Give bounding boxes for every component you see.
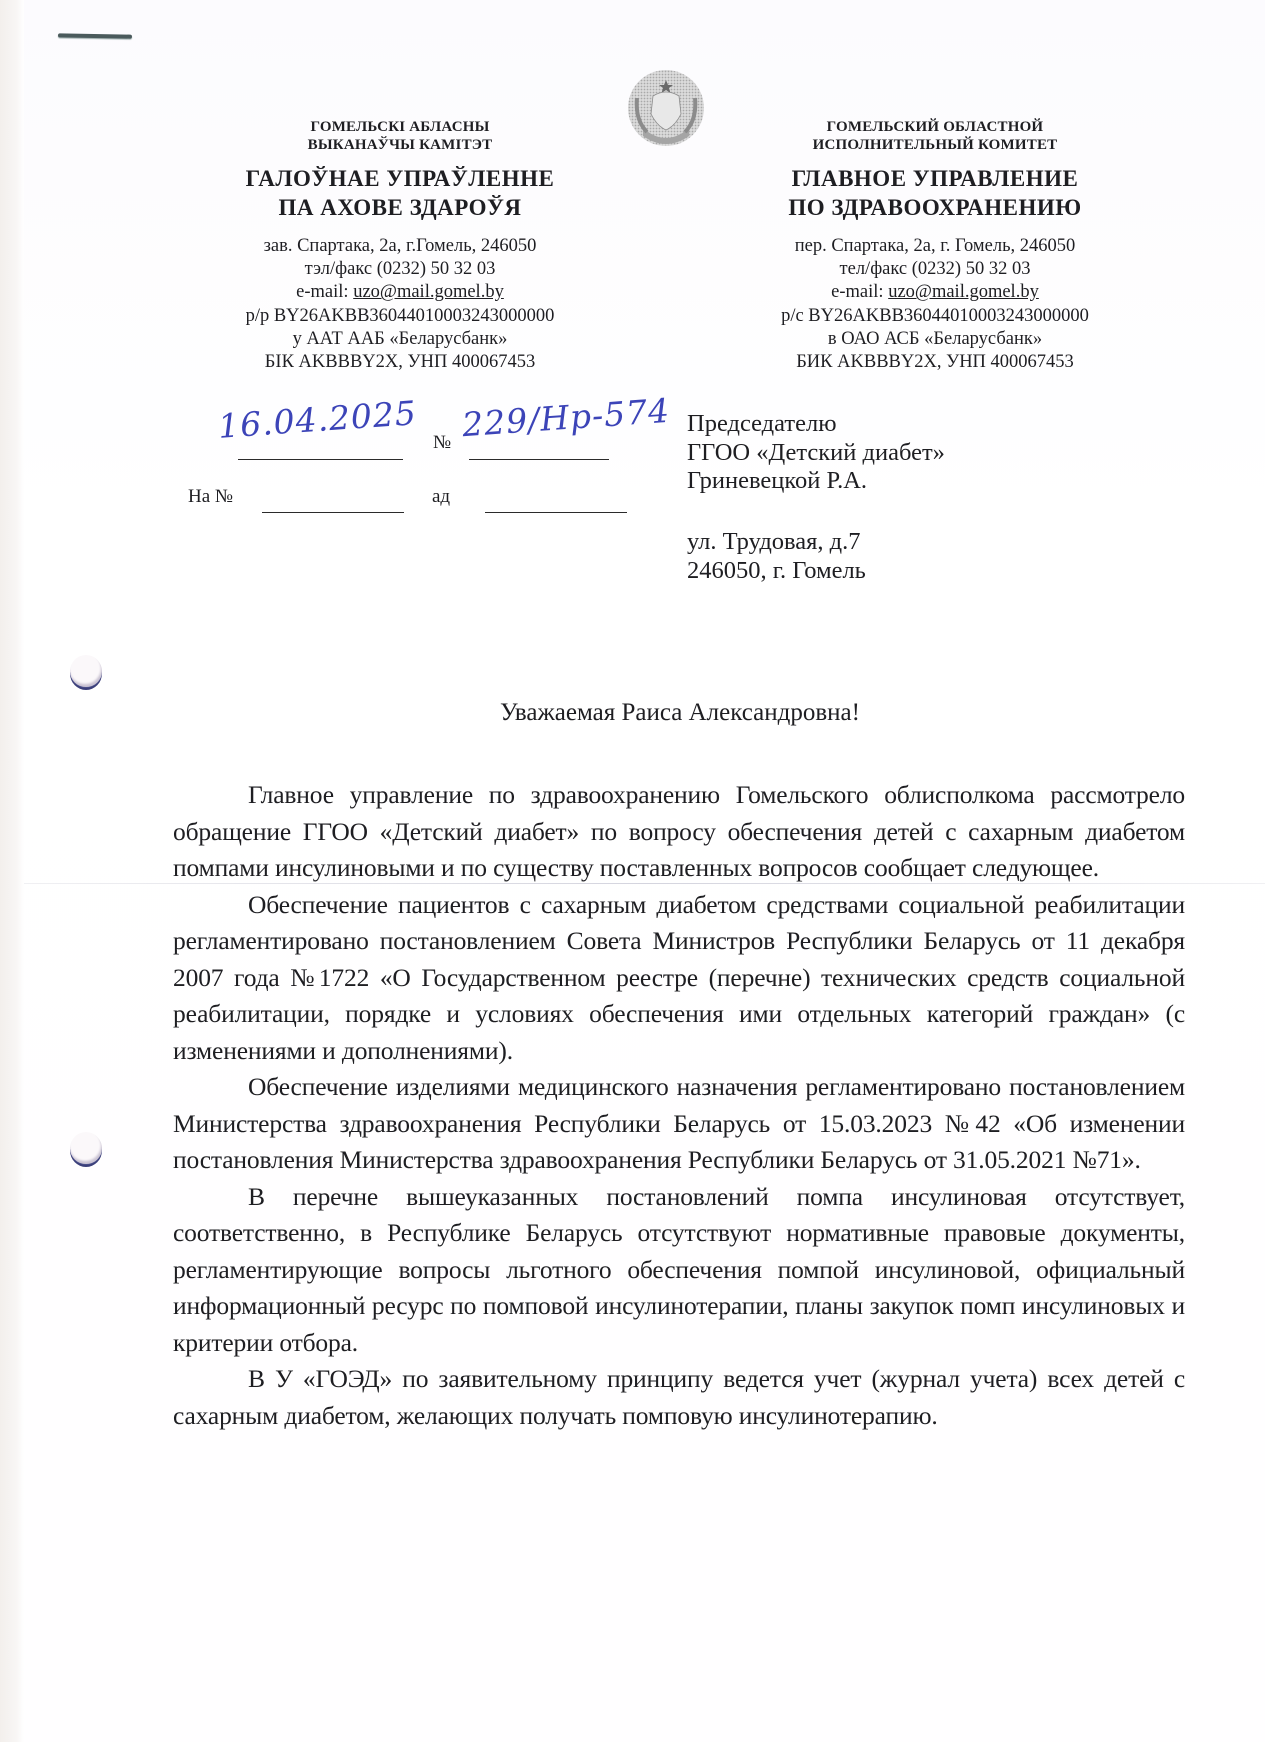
body-paragraph: В У «ГОЭД» по заявительному принципу вед… <box>173 1361 1185 1434</box>
bank-bic: БІК AKBBBY2X, УНП 400067453 <box>200 351 600 374</box>
reply-from-field <box>485 494 627 519</box>
bank-bic: БИК AKBBBY2X, УНП 400067453 <box>720 351 1150 374</box>
org-name-line-1: ГОМЕЛЬСКІ АБЛАСНЫ <box>200 118 600 136</box>
dept-name-line-1: ГЛАВНОЕ УПРАВЛЕНИЕ <box>720 164 1150 193</box>
reply-from-label: ад <box>432 486 450 508</box>
letterhead-belarusian: ГОМЕЛЬСКІ АБЛАСНЫ ВЫКАНАЎЧЫ КАМІТЭТ ГАЛО… <box>200 118 600 375</box>
recipient-title: Председателю <box>687 410 945 439</box>
outgoing-number-field <box>469 441 609 466</box>
phone: тэл/факс (0232) 50 32 03 <box>200 258 600 281</box>
reply-to-label: На № <box>188 486 233 508</box>
recipient-organization: ГГОО «Детский диабет» <box>687 439 945 468</box>
email-label: e-mail: <box>296 282 353 302</box>
reply-date-blank-line <box>485 494 627 513</box>
phone: тел/факс (0232) 50 32 03 <box>720 258 1150 281</box>
recipient-block: Председателю ГГОО «Детский диабет» Грине… <box>687 410 945 585</box>
bank-name: в ОАО АСБ «Беларусбанк» <box>720 328 1150 351</box>
reply-to-field <box>262 494 404 519</box>
state-emblem-icon <box>625 58 707 154</box>
contact-block: пер. Спартака, 2а, г. Гомель, 246050 тел… <box>720 235 1150 375</box>
email-link[interactable]: uzo@mail.gomel.by <box>353 282 504 302</box>
dept-name-line-1: ГАЛОЎНАЕ УПРАЎЛЕННЕ <box>200 164 600 193</box>
contact-block: зав. Спартака, 2а, г.Гомель, 246050 тэл/… <box>200 235 600 375</box>
punch-hole-icon <box>70 655 102 688</box>
body-paragraph: Обеспечение пациентов с сахарным диабето… <box>173 887 1185 1070</box>
letter-body: Главное управление по здравоохранению Го… <box>173 777 1185 1434</box>
dept-name-line-2: ПО ЗДРАВООХРАНЕНИЮ <box>720 193 1150 222</box>
outgoing-date-field <box>238 441 403 466</box>
dept-name-line-2: ПА АХОВЕ ЗДАРОЎЯ <box>200 193 600 222</box>
number-blank-line <box>469 441 609 460</box>
letterhead-russian: ГОМЕЛЬСКИЙ ОБЛАСТНОЙ ИСПОЛНИТЕЛЬНЫЙ КОМИ… <box>720 118 1150 375</box>
email-link[interactable]: uzo@mail.gomel.by <box>888 282 1039 302</box>
org-name-line-2: ВЫКАНАЎЧЫ КАМІТЭТ <box>200 136 600 154</box>
body-paragraph: В перечне вышеуказанных постановлений по… <box>173 1179 1185 1362</box>
scan-edge-shadow <box>0 0 24 1742</box>
address: пер. Спартака, 2а, г. Гомель, 246050 <box>720 235 1150 258</box>
date-blank-line <box>238 441 403 460</box>
outgoing-number-label: № <box>433 432 451 454</box>
org-name-line-2: ИСПОЛНИТЕЛЬНЫЙ КОМИТЕТ <box>720 136 1150 154</box>
recipient-street: ул. Трудовая, д.7 <box>687 528 945 557</box>
recipient-name: Гриневецкой Р.А. <box>687 467 945 496</box>
bank-name: у ААТ ААБ «Беларусбанк» <box>200 328 600 351</box>
address: зав. Спартака, 2а, г.Гомель, 246050 <box>200 235 600 258</box>
dept-name: ГАЛОЎНАЕ УПРАЎЛЕННЕ ПА АХОВЕ ЗДАРОЎЯ <box>200 164 600 223</box>
salutation: Уважаемая Раиса Александровна! <box>170 699 1190 727</box>
dept-name: ГЛАВНОЕ УПРАВЛЕНИЕ ПО ЗДРАВООХРАНЕНИЮ <box>720 164 1150 223</box>
email-line: e-mail: uzo@mail.gomel.by <box>720 281 1150 304</box>
body-paragraph: Обеспечение изделиями медицинского назна… <box>173 1069 1185 1179</box>
email-line: e-mail: uzo@mail.gomel.by <box>200 281 600 304</box>
reply-number-blank-line <box>262 494 404 513</box>
bank-account: р/р BY26AKBB36044010003243000000 <box>200 305 600 328</box>
body-paragraph: Главное управление по здравоохранению Го… <box>173 777 1185 887</box>
email-label: e-mail: <box>831 282 888 302</box>
org-name-line-1: ГОМЕЛЬСКИЙ ОБЛАСТНОЙ <box>720 118 1150 136</box>
recipient-city: 246050, г. Гомель <box>687 557 945 586</box>
bank-account: р/с BY26AKBB36044010003243000000 <box>720 305 1150 328</box>
punch-hole-icon <box>70 1132 102 1165</box>
